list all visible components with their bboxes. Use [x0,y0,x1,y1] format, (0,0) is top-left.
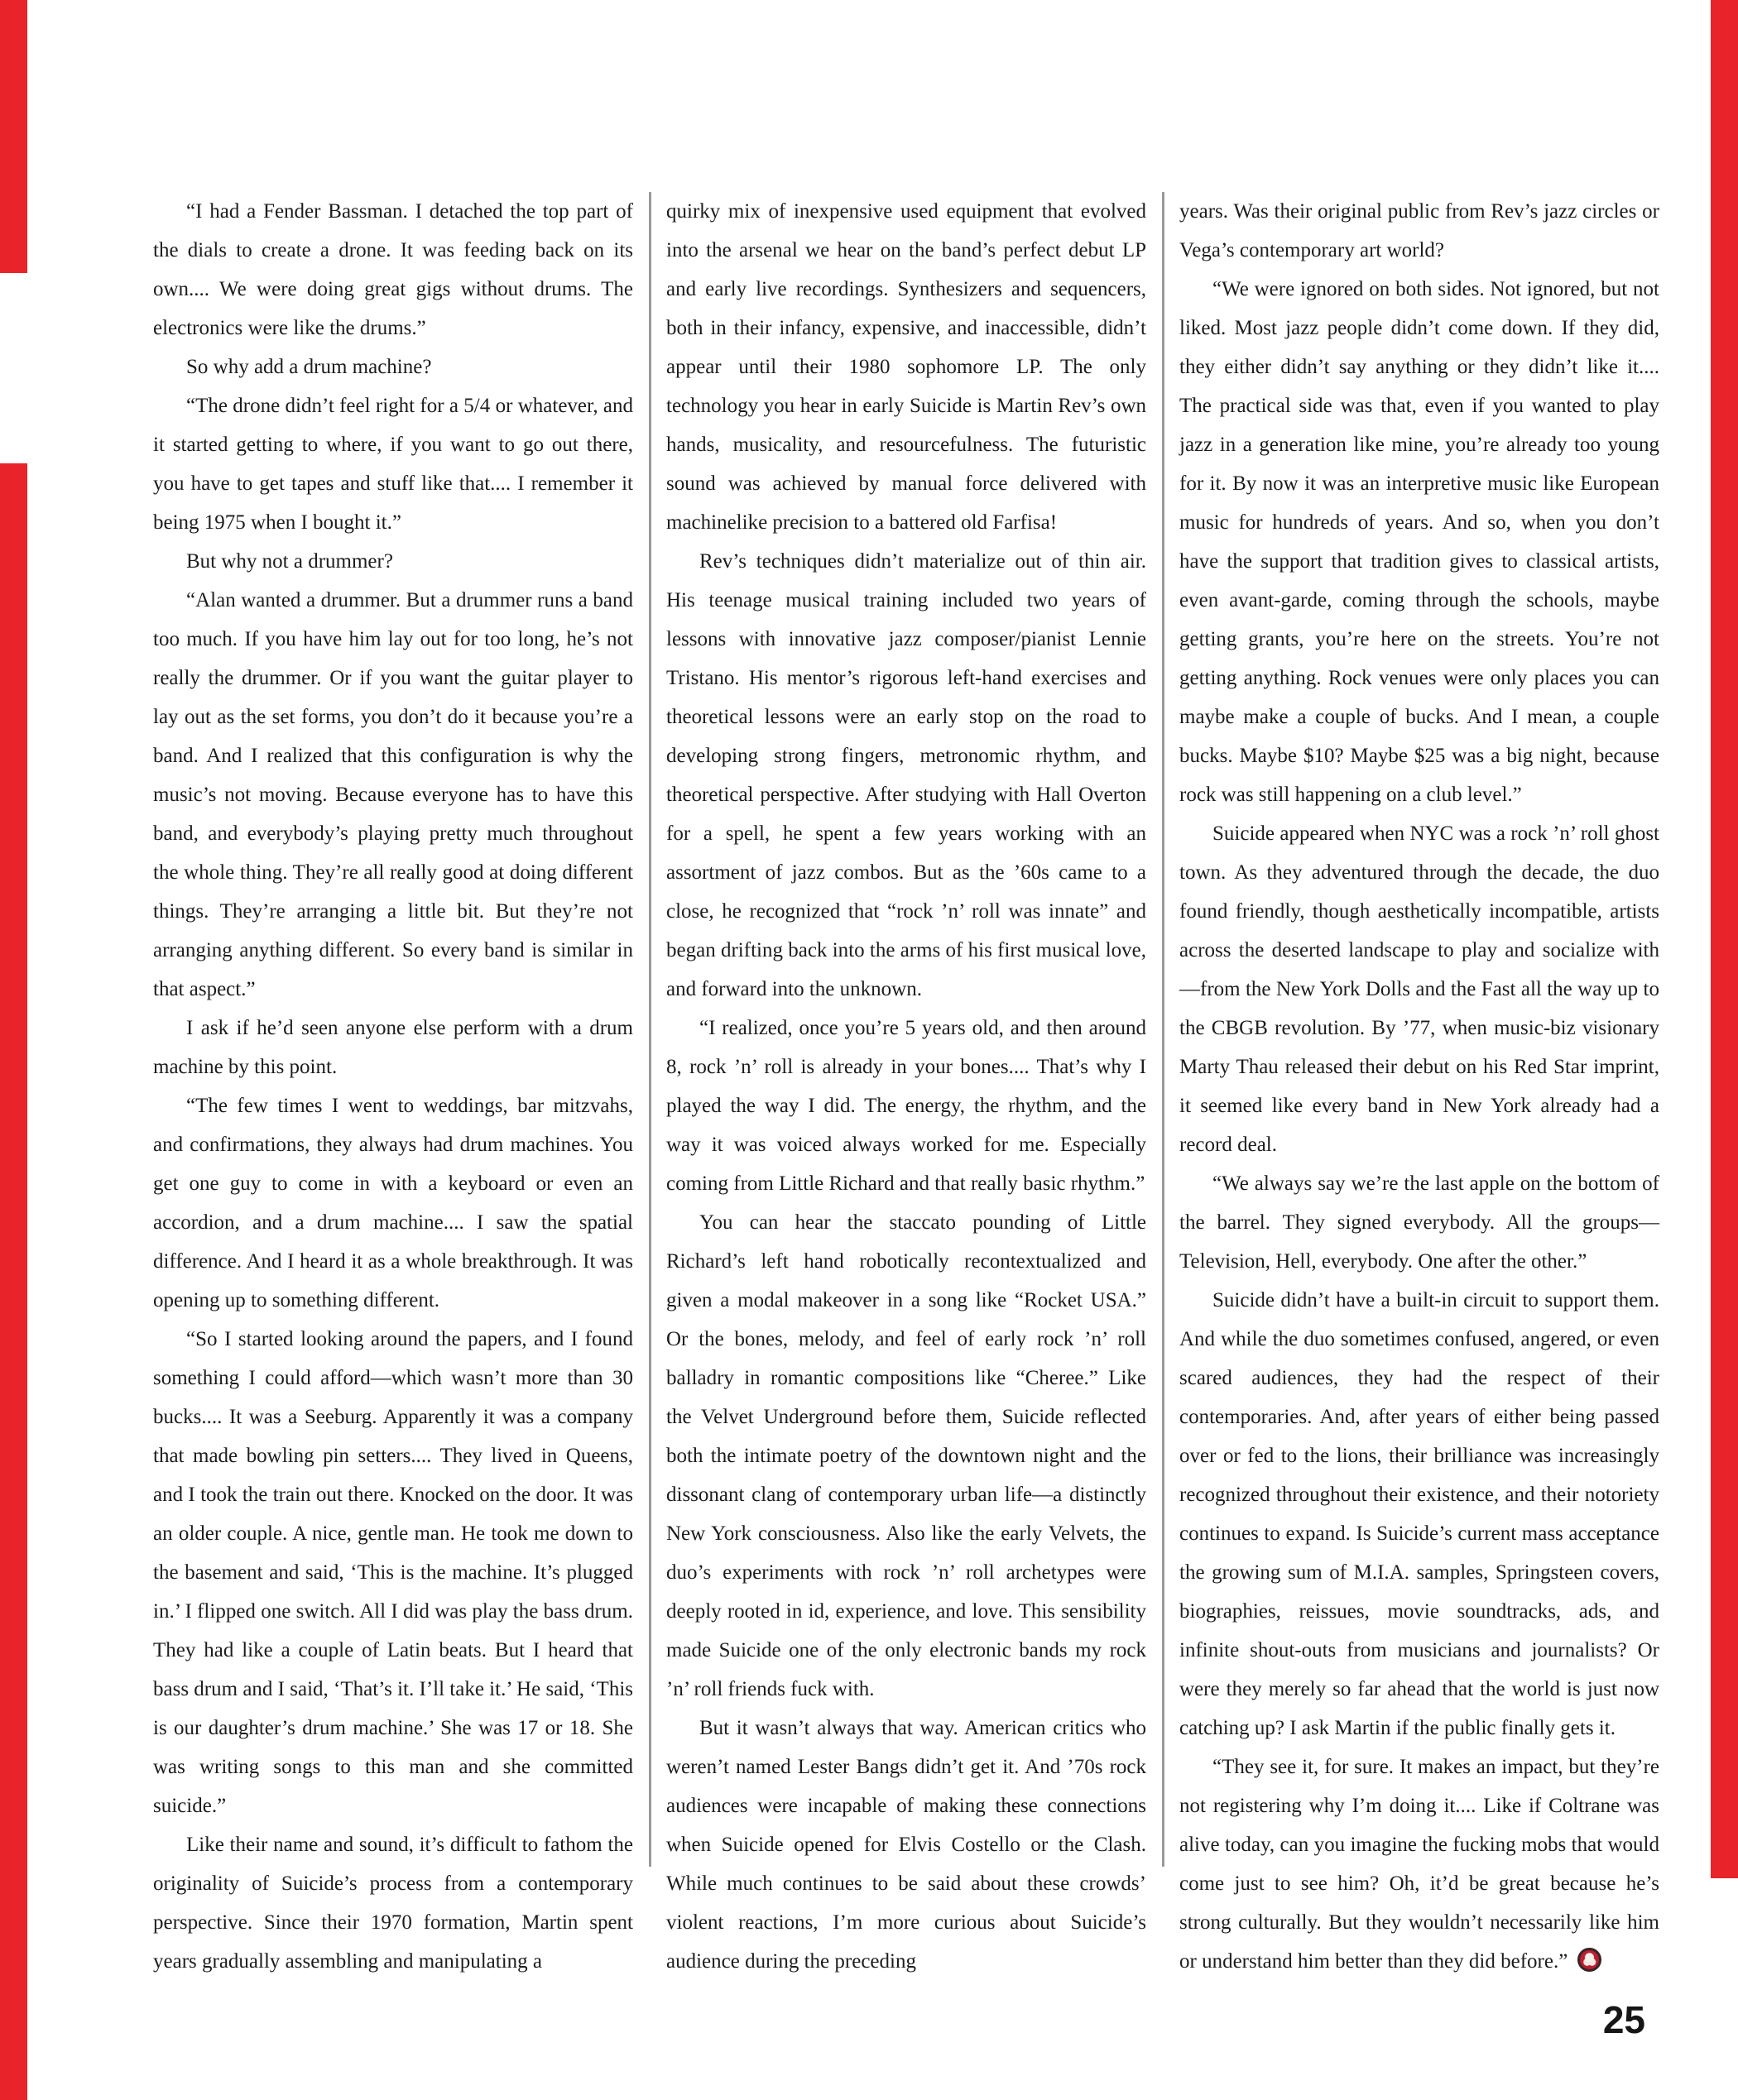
paragraph: quirky mix of inexpensive used equipment… [666,192,1146,542]
paragraph: “I had a Fender Bassman. I detached the … [153,192,633,348]
paragraph: Like their name and sound, it’s difficul… [153,1825,633,1981]
paragraph: I ask if he’d seen anyone else perform w… [153,1009,633,1086]
article-column-1: “I had a Fender Bassman. I detached the … [153,192,633,1867]
paragraph: You can hear the staccato pounding of Li… [666,1203,1146,1709]
paragraph: Suicide didn’t have a built-in circuit t… [1179,1281,1659,1748]
article-column-2: quirky mix of inexpensive used equipment… [666,192,1146,1867]
paragraph: “I realized, once you’re 5 years old, an… [666,1009,1146,1203]
magazine-page: “I had a Fender Bassman. I detached the … [0,0,1738,2100]
page-number: 25 [1603,1997,1645,2042]
paragraph: “The few times I went to weddings, bar m… [153,1086,633,1320]
paragraph: “We always say we’re the last apple on t… [1179,1164,1659,1281]
paragraph: “They see it, for sure. It makes an impa… [1179,1748,1659,1981]
paragraph: years. Was their original public from Re… [1179,192,1659,270]
end-mark-icon [1577,1948,1601,1972]
paragraph: But it wasn’t always that way. American … [666,1709,1146,1981]
column-divider-2 [1162,192,1164,1867]
bleed-mark-left-top [0,0,27,273]
article-column-3: years. Was their original public from Re… [1179,192,1659,1867]
paragraph: So why add a drum machine? [153,348,633,386]
paragraph: “We were ignored on both sides. Not igno… [1179,270,1659,814]
paragraph: Rev’s techniques didn’t materialize out … [666,542,1146,1009]
paragraph: “The drone didn’t feel right for a 5/4 o… [153,386,633,542]
column-divider-1 [649,192,651,1867]
article-body: “I had a Fender Bassman. I detached the … [153,192,1659,1867]
bleed-mark-right [1711,0,1738,1878]
paragraph: Suicide appeared when NYC was a rock ’n’… [1179,814,1659,1164]
paragraph: “Alan wanted a drummer. But a drummer ru… [153,581,633,1009]
bleed-mark-left-bottom [0,463,27,2100]
paragraph: “So I started looking around the papers,… [153,1320,633,1825]
paragraph: But why not a drummer? [153,542,633,581]
